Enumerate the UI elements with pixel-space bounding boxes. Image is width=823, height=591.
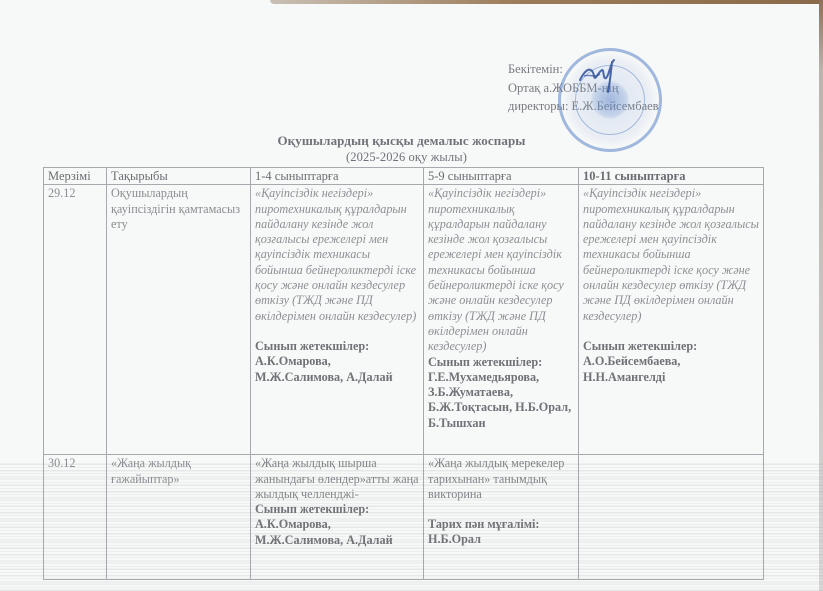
responsible-label: Сынып жетекшілер: [255, 339, 419, 354]
responsible-label: Сынып жетекшілер: [428, 355, 574, 370]
cell-grades-10-11: «Қауіпсіздік негіздері» пиротехникалық қ… [579, 185, 764, 455]
signature-icon [576, 58, 626, 94]
header-grades-1-4: 1-4 сыныптарға [251, 168, 424, 185]
title-academic-year: (2025-2026 оқу жылы) [0, 150, 818, 165]
activity-text: «Жаңа жылдық шырша жанындағы өлендер»атт… [255, 456, 419, 502]
table-header-row: Мерзімі Тақырыбы 1-4 сыныптарға 5-9 сыны… [44, 168, 764, 185]
responsible-names: А.К.Омарова, М.Ж.Салимова, А.Далай [255, 517, 419, 548]
scan-right-edge [819, 0, 823, 591]
activity-text: «Қауіпсіздік негіздері» пиротехникалық қ… [428, 186, 574, 354]
row-date: 29.12 [44, 185, 107, 455]
document-title: Оқушылардың қысқы демалыс жоспары (2025-… [0, 133, 823, 165]
header-grades-10-11: 10-11 сыныптарға [579, 168, 764, 185]
cell-grades-1-4: «Қауіпсіздік негіздері» пиротехникалық қ… [251, 185, 424, 455]
responsible-label: Тарих пән мұғалімі: [428, 517, 574, 532]
responsible-names: А.К.Омарова, М.Ж.Салимова, А.Далай [255, 354, 419, 385]
title-main: Оқушылардың қысқы демалыс жоспары [0, 133, 813, 149]
table-row: 30.12 «Жаңа жылдық ғажайыптар» «Жаңа жыл… [44, 455, 764, 580]
winter-holiday-plan-table: Мерзімі Тақырыбы 1-4 сыныптарға 5-9 сыны… [43, 167, 764, 580]
activity-text: «Қауіпсіздік негіздері» пиротехникалық қ… [583, 186, 759, 324]
responsible-names: Н.Б.Орал [428, 532, 574, 547]
activity-text: «Қауіпсіздік негіздері» пиротехникалық қ… [255, 186, 419, 324]
cell-grades-1-4: «Жаңа жылдық шырша жанындағы өлендер»атт… [251, 455, 424, 580]
responsible-names: Г.Е.Мухамедьярова, З.Б.Жуматаева, Б.Ж.То… [428, 370, 574, 431]
row-topic: Оқушылардың қауіпсіздігін қамтамасыз ету [107, 185, 251, 455]
scan-top-edge [270, 0, 823, 4]
cell-grades-5-9: «Қауіпсіздік негіздері» пиротехникалық қ… [424, 185, 579, 455]
activity-text: «Жаңа жылдық мерекелер тарихынан» танымд… [428, 456, 574, 502]
row-topic: «Жаңа жылдық ғажайыптар» [107, 455, 251, 580]
table-row: 29.12 Оқушылардың қауіпсіздігін қамтамас… [44, 185, 764, 455]
responsible-names: А.О.Бейсембаева, Н.Н.Амангелді [583, 354, 759, 385]
header-date: Мерзімі [44, 168, 107, 185]
cell-grades-5-9: «Жаңа жылдық мерекелер тарихынан» танымд… [424, 455, 579, 580]
header-grades-5-9: 5-9 сыныптарға [424, 168, 579, 185]
responsible-label: Сынып жетекшілер: [583, 339, 759, 354]
header-topic: Тақырыбы [107, 168, 251, 185]
cell-grades-10-11 [579, 455, 764, 580]
responsible-label: Сынып жетекшілер: [255, 502, 419, 517]
row-date: 30.12 [44, 455, 107, 580]
